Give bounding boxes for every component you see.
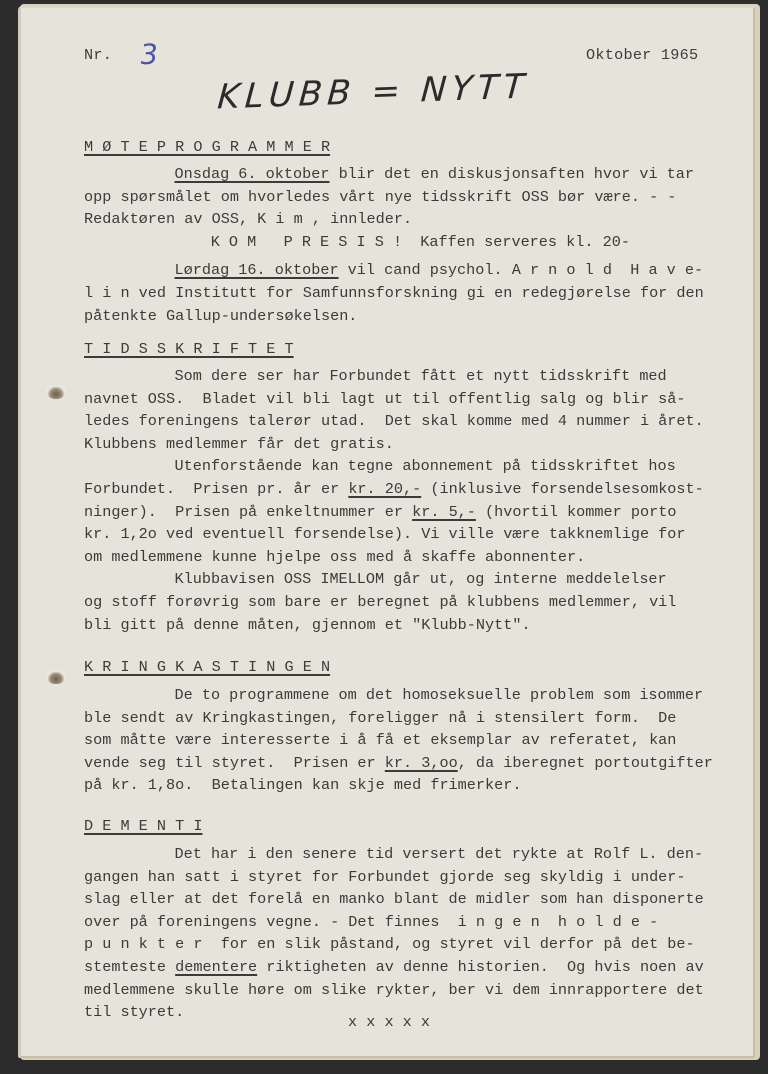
body-line: på kr. 1,8o. Betalingen kan skje med fri… [84, 774, 521, 796]
line-text: l i n ved Institutt for Samfunnsforsknin… [84, 284, 704, 302]
underlined-emphasis: Lørdag 16. oktober [175, 261, 339, 279]
underlined-emphasis: kr. 5,- [412, 503, 476, 521]
line-text: Det har i den senere tid versert det ryk… [175, 845, 704, 863]
issue-number-label: Nr. [84, 46, 112, 64]
line-text: Klubbens medlemmer får det gratis. [84, 435, 394, 453]
line-text: De to programmene om det homoseksuelle p… [175, 686, 704, 704]
body-line: ninger). Prisen på enkeltnummer er kr. 5… [84, 501, 676, 523]
body-line: Klubbavisen OSS IMELLOM går ut, og inter… [175, 568, 667, 590]
body-line: Redaktøren av OSS, K i m , innleder. [84, 208, 412, 230]
line-text: blir det en diskusjonsaften hvor vi tar [329, 165, 694, 183]
line-text: over på foreningens vegne. - Det finnes … [84, 913, 658, 931]
body-line: kr. 1,2o ved eventuell forsendelse). Vi … [84, 523, 686, 545]
line-text: som måtte være interesserte i å få et ek… [84, 731, 676, 749]
body-line: K O M P R E S I S ! Kaffen serveres kl. … [211, 231, 630, 253]
body-line: De to programmene om det homoseksuelle p… [175, 684, 704, 706]
body-line: opp spørsmålet om hvorledes vårt nye tid… [84, 186, 676, 208]
body-line: gangen han satt i styret for Forbundet g… [84, 866, 686, 888]
line-text: p u n k t e r for en slik påstand, og st… [84, 935, 695, 953]
line-text: Utenforstående kan tegne abonnement på t… [175, 457, 676, 475]
line-text: Klubbavisen OSS IMELLOM går ut, og inter… [175, 570, 667, 588]
body-line: medlemmene skulle høre om slike rykter, … [84, 979, 704, 1001]
line-text: opp spørsmålet om hvorledes vårt nye tid… [84, 188, 676, 206]
line-text: ble sendt av Kringkastingen, foreligger … [84, 709, 676, 727]
body-line: bli gitt på denne måten, gjennom et "Klu… [84, 614, 531, 636]
line-text: stemteste [84, 958, 175, 976]
line-text: medlemmene skulle høre om slike rykter, … [84, 981, 704, 999]
line-text: ledes foreningens talerør utad. Det skal… [84, 412, 704, 430]
line-text: vende seg til styret. Prisen er [84, 754, 385, 772]
line-text: navnet OSS. Bladet vil bli lagt ut til o… [84, 390, 686, 408]
line-text: riktigheten av denne historien. Og hvis … [257, 958, 704, 976]
line-text: ninger). Prisen på enkeltnummer er [84, 503, 412, 521]
body-line: Forbundet. Prisen pr. år er kr. 20,- (in… [84, 478, 704, 500]
body-line: navnet OSS. Bladet vil bli lagt ut til o… [84, 388, 686, 410]
body-line: stemteste dementere riktigheten av denne… [84, 956, 704, 978]
body-line: påtenkte Gallup-undersøkelsen. [84, 305, 357, 327]
body-line: og stoff forøvrig som bare er beregnet p… [84, 591, 676, 613]
body-line: slag eller at det forelå en manko blant … [84, 888, 704, 910]
line-text: til styret. [84, 1003, 184, 1021]
line-text: og stoff forøvrig som bare er beregnet p… [84, 593, 676, 611]
line-text: om medlemmene kunne hjelpe oss med å ska… [84, 548, 585, 566]
line-text: gangen han satt i styret for Forbundet g… [84, 868, 686, 886]
body-line: Utenforstående kan tegne abonnement på t… [175, 455, 676, 477]
body-line: som måtte være interesserte i å få et ek… [84, 729, 676, 751]
line-text: slag eller at det forelå en manko blant … [84, 890, 704, 908]
body-line: Lørdag 16. oktober vil cand psychol. A r… [175, 259, 704, 281]
body-line: om medlemmene kunne hjelpe oss med å ska… [84, 546, 585, 568]
line-text: Redaktøren av OSS, K i m , innleder. [84, 210, 412, 228]
binder-hole-top [46, 385, 66, 399]
section-heading-dementi: D E M E N T I [84, 815, 202, 837]
section-heading-kringkastingen: K R I N G K A S T I N G E N [84, 656, 330, 678]
line-text: vil cand psychol. A r n o l d H a v e- [339, 261, 704, 279]
underlined-emphasis: Onsdag 6. oktober [175, 165, 330, 183]
line-text: påtenkte Gallup-undersøkelsen. [84, 307, 357, 325]
body-line: ble sendt av Kringkastingen, foreligger … [84, 707, 676, 729]
body-line: over på foreningens vegne. - Det finnes … [84, 911, 658, 933]
section-heading-tidsskriftet: T I D S S K R I F T E T [84, 338, 294, 360]
body-line: Klubbens medlemmer får det gratis. [84, 433, 394, 455]
section-heading-moteprogrammer: M Ø T E P R O G R A M M E R [84, 136, 330, 158]
underlined-emphasis: kr. 3,oo [385, 754, 458, 772]
underlined-emphasis: kr. 20,- [348, 480, 421, 498]
issue-date: Oktober 1965 [586, 46, 698, 64]
body-line: ledes foreningens talerør utad. Det skal… [84, 410, 704, 432]
body-line: Onsdag 6. oktober blir det en diskusjons… [175, 163, 695, 185]
body-line: l i n ved Institutt for Samfunnsforsknin… [84, 282, 704, 304]
line-text: (hvortil kommer porto [476, 503, 677, 521]
body-line: p u n k t e r for en slik påstand, og st… [84, 933, 695, 955]
line-text: Som dere ser har Forbundet fått et nytt … [175, 367, 667, 385]
binder-hole-bottom [46, 670, 66, 684]
underlined-emphasis: dementere [175, 958, 257, 976]
line-text: på kr. 1,8o. Betalingen kan skje med fri… [84, 776, 521, 794]
line-text: , da iberegnet portoutgifter [458, 754, 713, 772]
body-line: Som dere ser har Forbundet fått et nytt … [175, 365, 667, 387]
line-text: bli gitt på denne måten, gjennom et "Klu… [84, 616, 531, 634]
line-text: K O M P R E S I S ! Kaffen serveres kl. … [211, 233, 630, 251]
body-line: til styret. [84, 1001, 184, 1023]
end-separator: x x x x x [348, 1011, 430, 1033]
body-line: vende seg til styret. Prisen er kr. 3,oo… [84, 752, 713, 774]
body-line: Det har i den senere tid versert det ryk… [175, 843, 704, 865]
line-text: (inklusive forsendelsesomkost- [421, 480, 704, 498]
line-text: kr. 1,2o ved eventuell forsendelse). Vi … [84, 525, 686, 543]
line-text: Forbundet. Prisen pr. år er [84, 480, 348, 498]
